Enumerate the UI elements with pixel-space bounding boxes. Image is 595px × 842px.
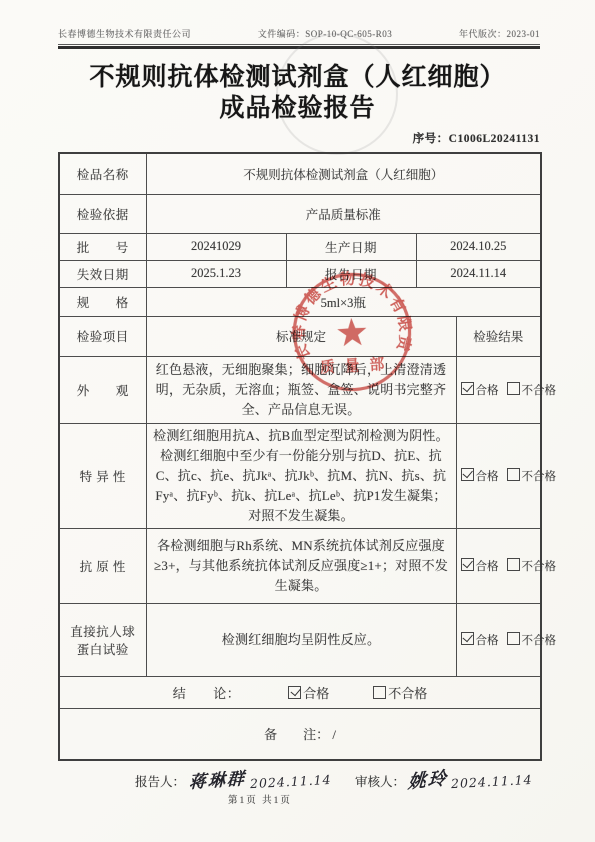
specificity-result-cell: 合格不合格 (456, 423, 541, 528)
specificity-item-label: 特 异 性 (59, 423, 146, 528)
table-row: 规 格 5ml×3瓶 (59, 287, 541, 316)
auditor-label: 审核人： (355, 775, 405, 789)
signature-row: 报告人：蒋琳群2024.11.14 审核人：姚玲2024.11.14 (58, 760, 540, 800)
checkbox-unchecked-icon (507, 558, 520, 571)
document-meta-header: 长春博德生物技术有限责任公司 文件编码：SOP-10-QC-605-R03 年代… (58, 27, 540, 40)
mfg-date-value: 2024.10.25 (416, 233, 541, 260)
report-title-line2: 成品检验报告 (219, 94, 375, 122)
auditor-signature-date: 2024.11.14 (451, 772, 533, 791)
auditor-signature: 姚玲 (407, 764, 449, 795)
batch-label: 批 号 (59, 233, 146, 260)
table-row-remark: 备 注： / (59, 708, 541, 760)
batch-value: 20241029 (146, 233, 286, 260)
remark-value: / (332, 727, 336, 742)
table-row-conclusion: 结 论：合格不合格 (59, 676, 541, 708)
pass-label: 合格 (303, 686, 329, 701)
basis-value: 产品质量标准 (146, 194, 541, 233)
checkbox-unchecked-icon (507, 468, 520, 481)
table-row-antigenicity: 抗 原 性 各检测细胞与Rh系统、MN系统抗体试剂反应强度≥3+，与其他系统抗体… (59, 528, 541, 603)
checkbox-unchecked-icon (507, 382, 520, 395)
page-number: 第1页 共1页 (228, 792, 292, 806)
reporter-signature-block: 报告人：蒋琳群2024.11.14 (135, 766, 332, 791)
fail-label: 不合格 (522, 561, 557, 573)
antigenicity-item-label: 抗 原 性 (59, 528, 146, 603)
antiglobulin-result-cell: 合格不合格 (456, 603, 541, 676)
pass-label: 合格 (476, 635, 499, 647)
inspection-table: 检品名称 不规则抗体检测试剂盒（人红细胞） 检验依据 产品质量标准 批 号 20… (58, 152, 542, 761)
conclusion-label: 结 论： (173, 686, 241, 701)
basis-label: 检验依据 (59, 194, 146, 233)
item-column-header: 检验项目 (59, 316, 146, 356)
checkbox-checked-icon (461, 468, 474, 481)
report-date-label: 报告日期 (286, 260, 416, 287)
spec-value: 5ml×3瓶 (146, 287, 541, 316)
antiglobulin-item-label: 直接抗人球蛋白试验 (59, 603, 146, 676)
checkbox-checked-icon (461, 632, 474, 645)
inspection-report-page: 长春博德生物技术有限责任公司 文件编码：SOP-10-QC-605-R03 年代… (0, 0, 595, 842)
result-column-header: 检验结果 (456, 316, 541, 356)
conclusion-cell: 结 论：合格不合格 (59, 676, 541, 708)
table-row: 批 号 20241029 生产日期 2024.10.25 (59, 233, 541, 260)
serial-value: C1006L20241131 (449, 133, 540, 145)
fail-label: 不合格 (522, 385, 557, 397)
expiry-value: 2025.1.23 (146, 260, 286, 287)
fail-label: 不合格 (522, 471, 557, 483)
pass-label: 合格 (476, 385, 499, 397)
fail-label: 不合格 (388, 686, 427, 701)
report-date-value: 2024.11.14 (416, 260, 541, 287)
table-row-antiglobulin-test: 直接抗人球蛋白试验 检测红细胞均呈阴性反应。 合格不合格 (59, 603, 541, 676)
sample-name-value: 不规则抗体检测试剂盒（人红细胞） (146, 153, 541, 194)
serial-number: 序号：C1006L20241131 (413, 130, 540, 146)
antigenicity-standard-text: 各检测细胞与Rh系统、MN系统抗体试剂反应强度≥3+，与其他系统抗体试剂反应强度… (146, 528, 456, 603)
checkbox-checked-icon (461, 558, 474, 571)
standard-column-header: 标准规定 (146, 316, 456, 356)
appearance-result-cell: 合格不合格 (456, 356, 541, 423)
company-name: 长春博德生物技术有限责任公司 (58, 27, 191, 40)
table-header-row: 检验项目 标准规定 检验结果 (59, 316, 541, 356)
table-row: 检验依据 产品质量标准 (59, 194, 541, 233)
document-version: 年代版次：2023-01 (459, 27, 540, 40)
table-row-specificity: 特 异 性 检测红细胞用抗A、抗B血型定型试剂检测为阴性。检测红细胞中至少有一份… (59, 423, 541, 528)
checkbox-checked-icon (288, 686, 301, 699)
table-row: 失效日期 2025.1.23 报告日期 2024.11.14 (59, 260, 541, 287)
report-title: 不规则抗体检测试剂盒（人红细胞） 成品检验报告 (0, 62, 595, 124)
serial-label: 序号： (413, 133, 449, 145)
expiry-label: 失效日期 (59, 260, 146, 287)
pass-label: 合格 (476, 471, 499, 483)
spec-label: 规 格 (59, 287, 146, 316)
antigenicity-result-cell: 合格不合格 (456, 528, 541, 603)
specificity-standard-text: 检测红细胞用抗A、抗B血型定型试剂检测为阴性。检测红细胞中至少有一份能分别与抗D… (146, 423, 456, 528)
mfg-date-label: 生产日期 (286, 233, 416, 260)
appearance-item-label: 外 观 (59, 356, 146, 423)
table-row-appearance: 外 观 红色悬液，无细胞聚集；细胞沉降后，上清澄清透明，无杂质，无溶血；瓶签、盒… (59, 356, 541, 423)
remark-label: 备 注： (264, 727, 329, 742)
reporter-signature: 蒋琳群 (189, 764, 247, 793)
reporter-label: 报告人： (135, 775, 185, 789)
remark-cell: 备 注： / (59, 708, 541, 760)
checkbox-checked-icon (461, 382, 474, 395)
reporter-signature-date: 2024.11.14 (250, 772, 332, 791)
table-row: 检品名称 不规则抗体检测试剂盒（人红细胞） (59, 153, 541, 194)
sample-name-label: 检品名称 (59, 153, 146, 194)
checkbox-unchecked-icon (373, 686, 386, 699)
pass-label: 合格 (476, 561, 499, 573)
checkbox-unchecked-icon (507, 632, 520, 645)
antiglobulin-standard-text: 检测红细胞均呈阴性反应。 (146, 603, 456, 676)
fail-label: 不合格 (522, 635, 557, 647)
report-title-line1: 不规则抗体检测试剂盒（人红细胞） (89, 63, 505, 91)
appearance-standard-text: 红色悬液，无细胞聚集；细胞沉降后，上清澄清透明，无杂质，无溶血；瓶签、盒签、说明… (146, 356, 456, 423)
auditor-signature-block: 审核人：姚玲2024.11.14 (355, 766, 533, 792)
